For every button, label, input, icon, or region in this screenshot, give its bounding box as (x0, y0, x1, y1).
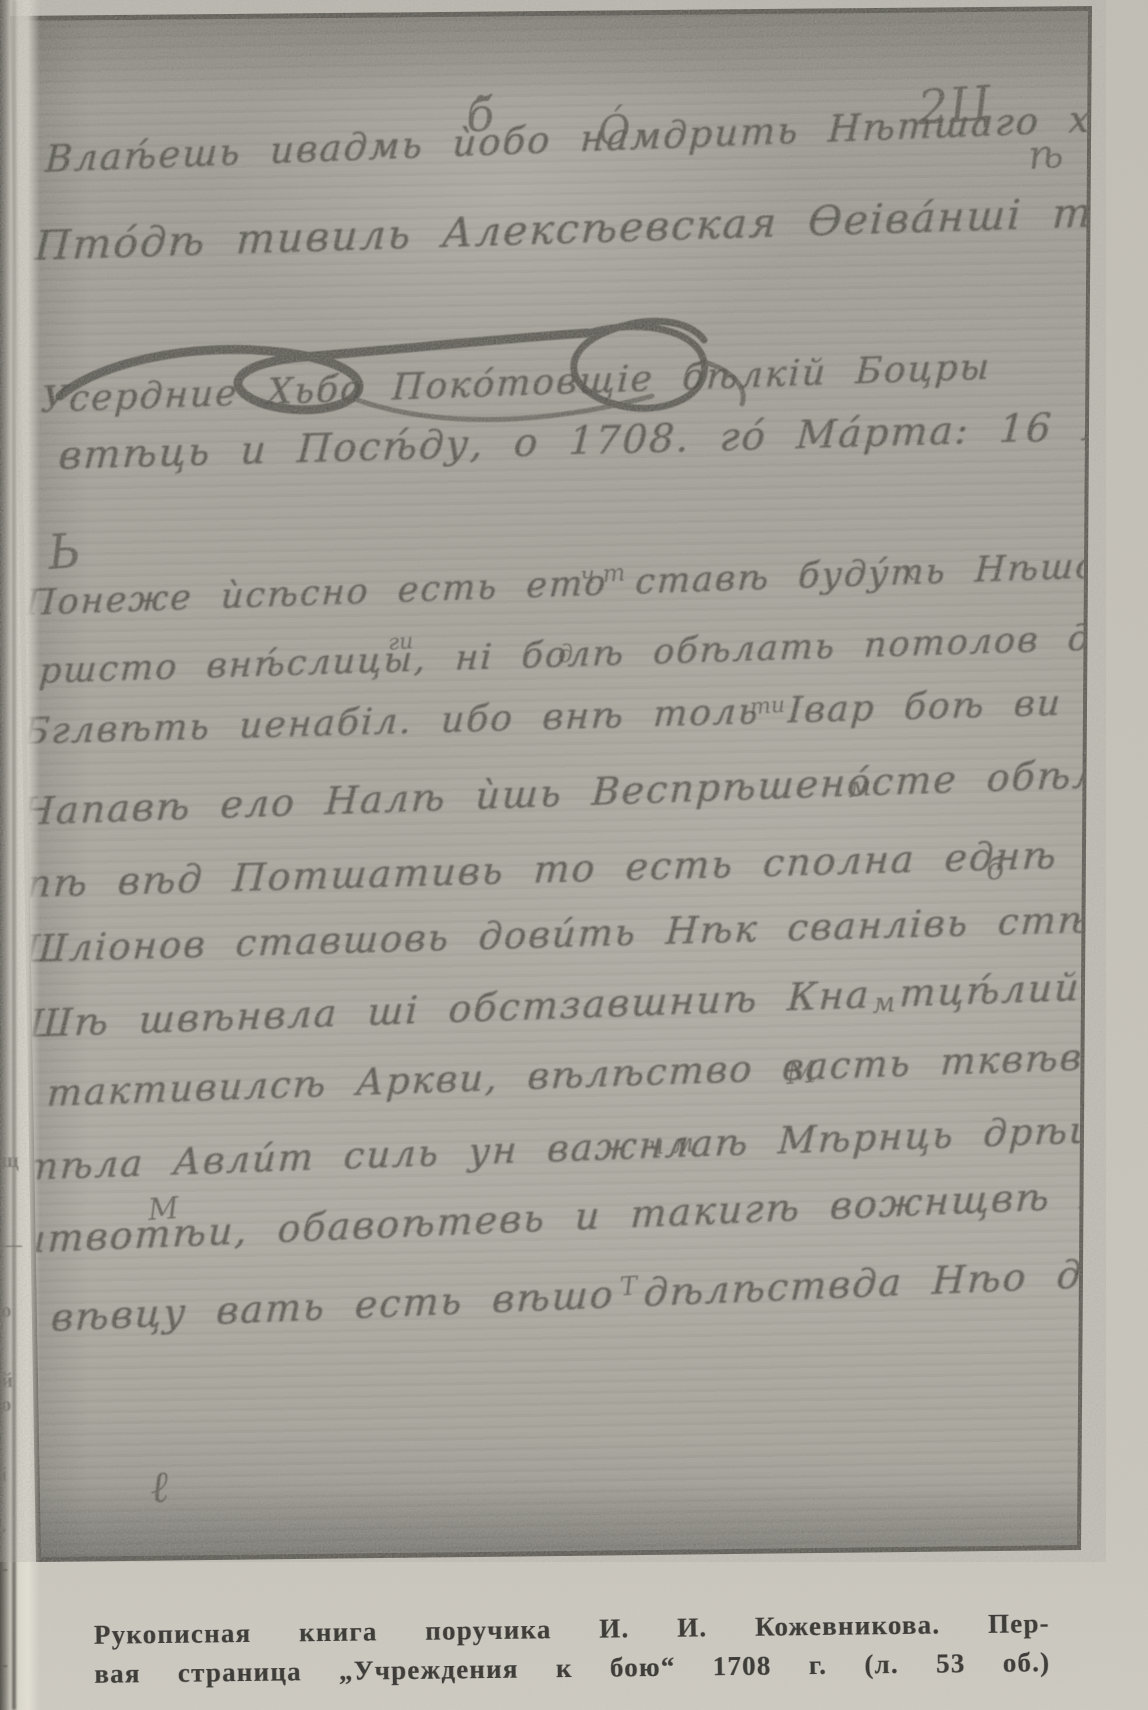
margin-print-fragment: - (1, 1556, 8, 1581)
margin-print-fragment: о (1, 1392, 12, 1417)
manuscript-paper: Влаѣ́ешь ивадмь ѝобо намдрить Нѣтшаго ху… (0, 4, 1106, 1564)
handwriting-mark: ч т (579, 558, 626, 589)
manuscript-photo-plate: Влаѣ́ешь ивадмь ѝобо намдрить Нѣтшаго ху… (0, 4, 1106, 1564)
handwriting-mark: ти (749, 693, 786, 720)
handwriting-mark: б̃ (464, 87, 496, 143)
margin-print-fragment: щ (1, 1148, 19, 1173)
handwriting-mark: б (985, 851, 1006, 887)
handwriting-mark: М (785, 1055, 818, 1092)
handwriting-mark: ч м (647, 1128, 695, 1161)
margin-print-fragment: о (1, 1298, 12, 1323)
handwriting-mark: Т (619, 1271, 638, 1302)
handwriting-mark: м (847, 769, 872, 804)
figure-caption: Рукописная книга поручика И. И. Кожевник… (94, 1604, 1051, 1694)
handwriting-mark: 2Ц (916, 76, 992, 137)
margin-print-fragment: й (1, 1368, 13, 1393)
book-gutter-shadow (0, 0, 40, 1710)
handwriting-mark: ѣ (1026, 131, 1064, 179)
handwriting-mark: Ь (46, 523, 82, 581)
margin-print-fragment: і (1, 1462, 7, 1487)
margin-print-fragment: — (1, 1232, 22, 1257)
handwriting-mark: О́ (596, 107, 632, 155)
handwriting-mark: М (147, 1191, 180, 1228)
handwriting-mark: ги (387, 629, 414, 656)
handwriting-mark: м (871, 985, 896, 1020)
gutter-crease-line (12, 0, 16, 1710)
handwriting-mark: ℓ (148, 1461, 170, 1513)
handwriting-mark: д (557, 640, 574, 669)
handwriting-mark: х (901, 558, 916, 587)
scanned-book-page: Влаѣ́ешь ивадмь ѝобо намдрить Нѣтшаго ху… (0, 0, 1148, 1710)
margin-print-fragment: - (1, 1652, 8, 1677)
margin-print-fragment: , (1, 1512, 6, 1537)
